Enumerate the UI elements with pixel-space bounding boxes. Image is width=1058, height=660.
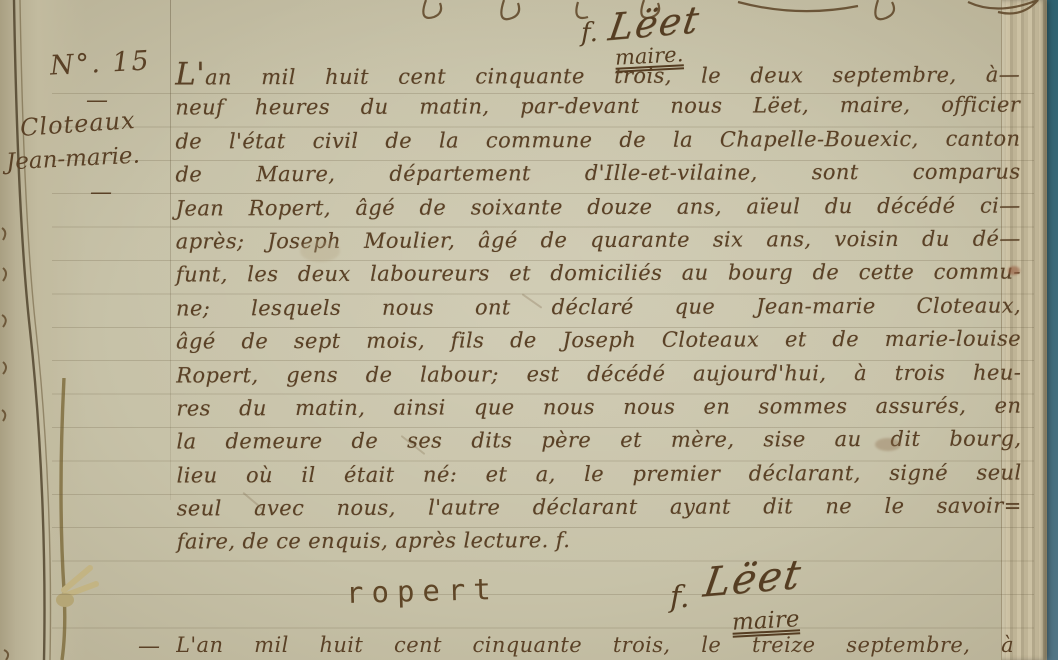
manuscript-line: seul avec nous, l'autre déclarant ayant … bbox=[177, 490, 1022, 526]
manuscript-line: Ropert, gens de labour; est décédé aujou… bbox=[176, 356, 1021, 392]
signature-paraph: f. bbox=[670, 580, 690, 615]
manuscript-line: âgé de sept mois, fils de Joseph Cloteau… bbox=[176, 323, 1021, 359]
manuscript-line: neuf heures du matin, par-devant nous Lë… bbox=[175, 89, 1020, 125]
foxing-stain bbox=[300, 240, 340, 262]
declarant-signature: ropert bbox=[346, 572, 500, 610]
register-page-scan: N°. 15 — Cloteaux Jean-marie. — f. Lëet … bbox=[0, 0, 1058, 660]
signature-title: maire bbox=[731, 606, 800, 635]
signature-name: Lëet bbox=[606, 0, 704, 49]
manuscript-line: funt, les deux laboureurs et domiciliés … bbox=[176, 256, 1021, 292]
margin-divider: — bbox=[90, 180, 112, 205]
signature-name: Lëet bbox=[700, 551, 805, 606]
next-record-first-line: L'an mil huit cent cinquante trois, le t… bbox=[176, 633, 1014, 657]
manuscript-line: de l'état civil de la commune de la Chap… bbox=[175, 122, 1020, 158]
manuscript-line: L'an mil huit cent cinquante trois, le d… bbox=[175, 56, 1020, 92]
manuscript-line: lieu où il était né: et a, le premier dé… bbox=[177, 456, 1022, 492]
ink-blot bbox=[875, 438, 901, 451]
rust-spot bbox=[1008, 266, 1020, 275]
manuscript-line: res du matin, ainsi que nous nous en som… bbox=[176, 389, 1021, 425]
manuscript-line: Jean Ropert, âgé de soixante douze ans, … bbox=[176, 189, 1021, 225]
signature-paraph: f. bbox=[581, 18, 598, 48]
manuscript-line: ne; lesquels nous ont déclaré que Jean-m… bbox=[176, 289, 1021, 325]
record-number: N°. 15 bbox=[49, 45, 151, 81]
next-record-dash: — bbox=[138, 634, 160, 659]
act-body: L'an mil huit cent cinquante trois, le d… bbox=[175, 56, 1022, 560]
manuscript-line: de Maure, département d'Ille-et-vilaine,… bbox=[175, 156, 1020, 192]
